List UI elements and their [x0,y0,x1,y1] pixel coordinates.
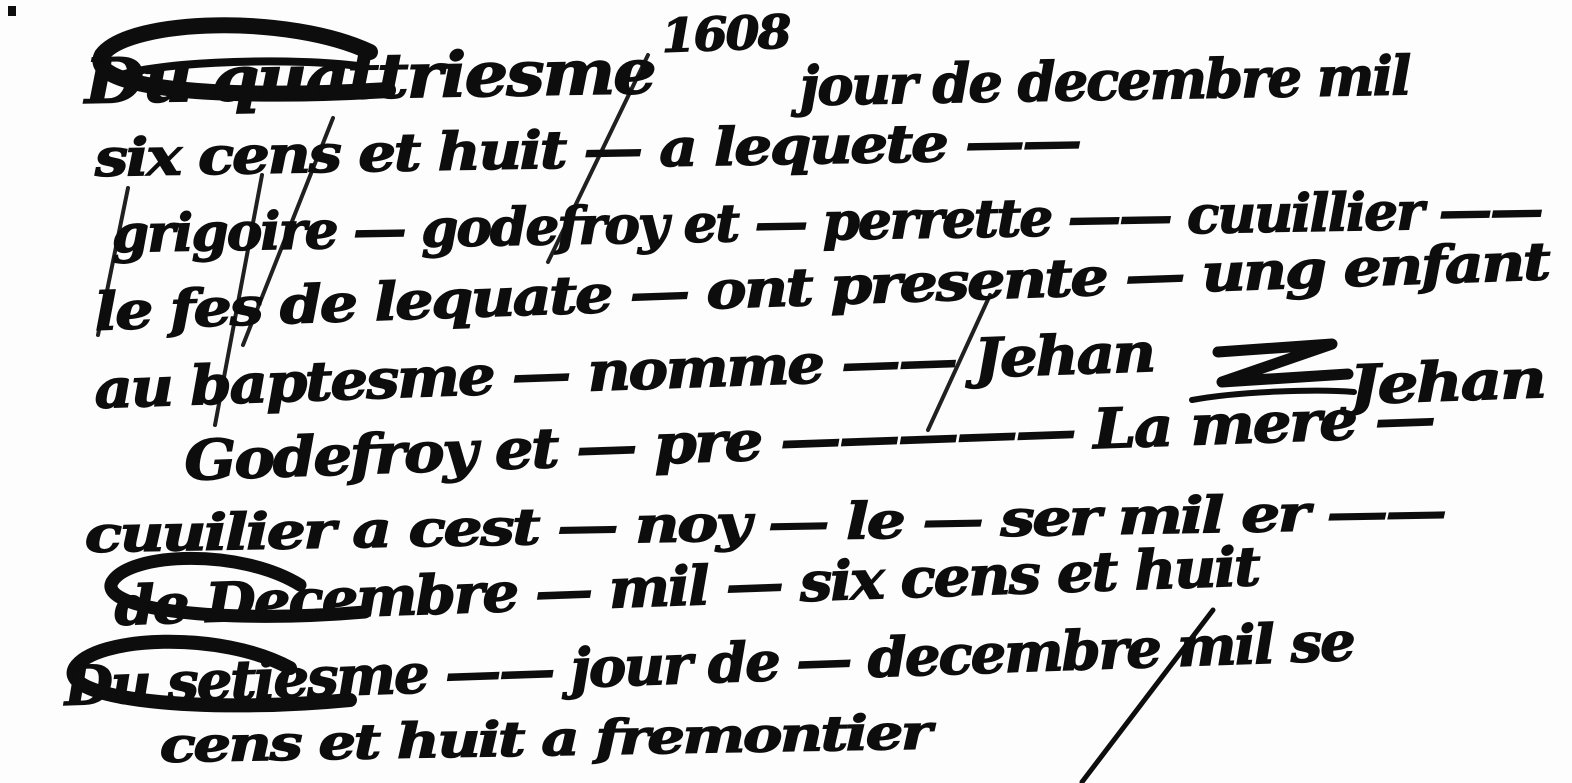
manuscript-line-1: Du quattriesme [82,35,655,118]
ink-speck-top-left [8,6,16,16]
manuscript-line-3: jour de decembre mil [790,43,1412,118]
manuscript-svg: Du quattriesme1608jour de decembre milsi… [0,0,1572,783]
manuscript-scan: Du quattriesme1608jour de decembre milsi… [0,0,1572,783]
manuscript-line-2: 1608 [660,5,791,63]
